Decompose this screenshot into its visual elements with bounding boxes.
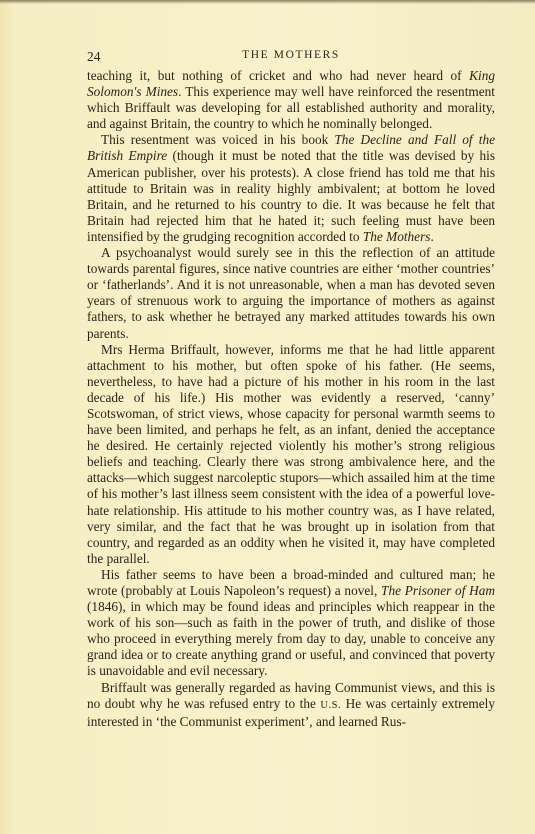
paragraph-2: This resentment was voiced in his book T…: [87, 132, 495, 245]
book-title-prisoner-of-ham: The Prisoner of Ham: [381, 583, 495, 598]
paragraph-5: His father seems to have been a broad-mi…: [87, 567, 495, 680]
paragraph-3: A psychoanalyst would surely see in this…: [87, 245, 495, 342]
running-title: THE MOTHERS: [87, 49, 495, 61]
text-segment: .: [430, 229, 433, 244]
abbreviation-us: U.S.: [320, 700, 341, 711]
page-top-edge-shadow: [0, 0, 535, 4]
text-segment: Mrs Herma Briffault, however, informs me…: [87, 342, 495, 566]
running-head: 24 THE MOTHERS: [87, 46, 495, 68]
book-title-the-mothers: The Mothers: [363, 229, 431, 244]
paragraph-1: teaching it, but nothing of cricket and …: [87, 68, 495, 132]
book-page: 24 THE MOTHERS teaching it, but nothing …: [87, 46, 495, 730]
text-segment: A psychoanalyst would surely see in this…: [87, 245, 495, 340]
paragraph-6: Briffault was generally regarded as havi…: [87, 680, 495, 730]
text-segment: (1846), in which may be found ideas and …: [87, 599, 495, 678]
body-text: teaching it, but nothing of cricket and …: [87, 68, 495, 730]
text-segment: teaching it, but nothing of cricket and …: [87, 68, 469, 83]
text-segment: This resentment was voiced in his book: [101, 132, 334, 147]
paragraph-4: Mrs Herma Briffault, however, informs me…: [87, 342, 495, 567]
